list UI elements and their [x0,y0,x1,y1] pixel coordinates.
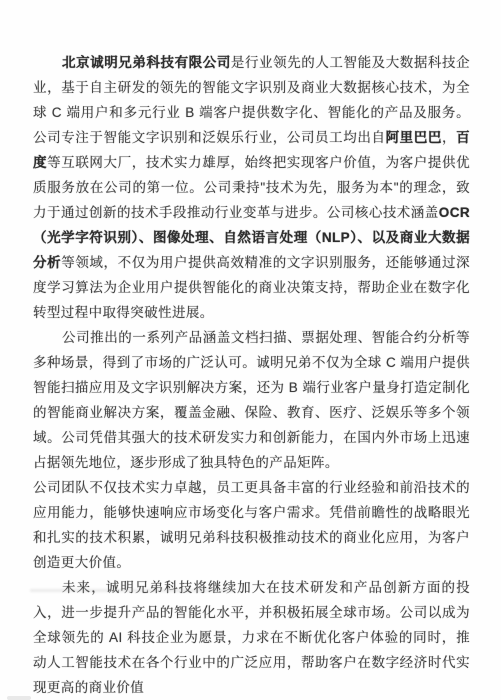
paragraph: 未来，诚明兄弟科技将继续加大在技术研发和产品创新方面的投入，进一步提升产品的智能… [33,575,470,700]
bold-text-run: 阿里巴巴 [386,130,442,145]
text-run: ， [442,130,456,145]
scan-corner-artifact [7,696,31,700]
scan-smudge-artifact [30,589,235,592]
paragraph: 北京诚明兄弟科技有限公司是行业领先的人工智能及大数据科技企业，基于自主研发的领先… [33,50,470,325]
bold-text-run: 北京诚明兄弟科技有限公司 [62,55,231,70]
text-run: 公司推出的一系列产品涵盖文档扫描、票据处理、智能合约分析等多种场景，得到了市场的… [33,330,470,470]
document-body: 北京诚明兄弟科技有限公司是行业领先的人工智能及大数据科技企业，基于自主研发的领先… [33,50,470,700]
text-run: 公司团队不仅技术实力卓越，员工更具备丰富的行业经验和前沿技术的应用能力，能够快速… [33,480,470,570]
document-page: 北京诚明兄弟科技有限公司是行业领先的人工智能及大数据科技企业，基于自主研发的领先… [0,0,501,700]
text-run: 未来，诚明兄弟科技将继续加大在技术研发和产品创新方面的投入，进一步提升产品的智能… [33,580,470,695]
paragraph: 公司团队不仅技术实力卓越，员工更具备丰富的行业经验和前沿技术的应用能力，能够快速… [33,475,470,575]
text-run: 等互联网大厂，技术实力雄厚，始终把实现客户价值，为客户提供优质服务放在公司的第一… [33,155,470,220]
text-run: 等领域，不仅为用户提供高效精准的文字识别服务，还能够通过深度学习算法为企业用户提… [33,255,470,320]
paragraph: 公司推出的一系列产品涵盖文档扫描、票据处理、智能合约分析等多种场景，得到了市场的… [33,325,470,475]
